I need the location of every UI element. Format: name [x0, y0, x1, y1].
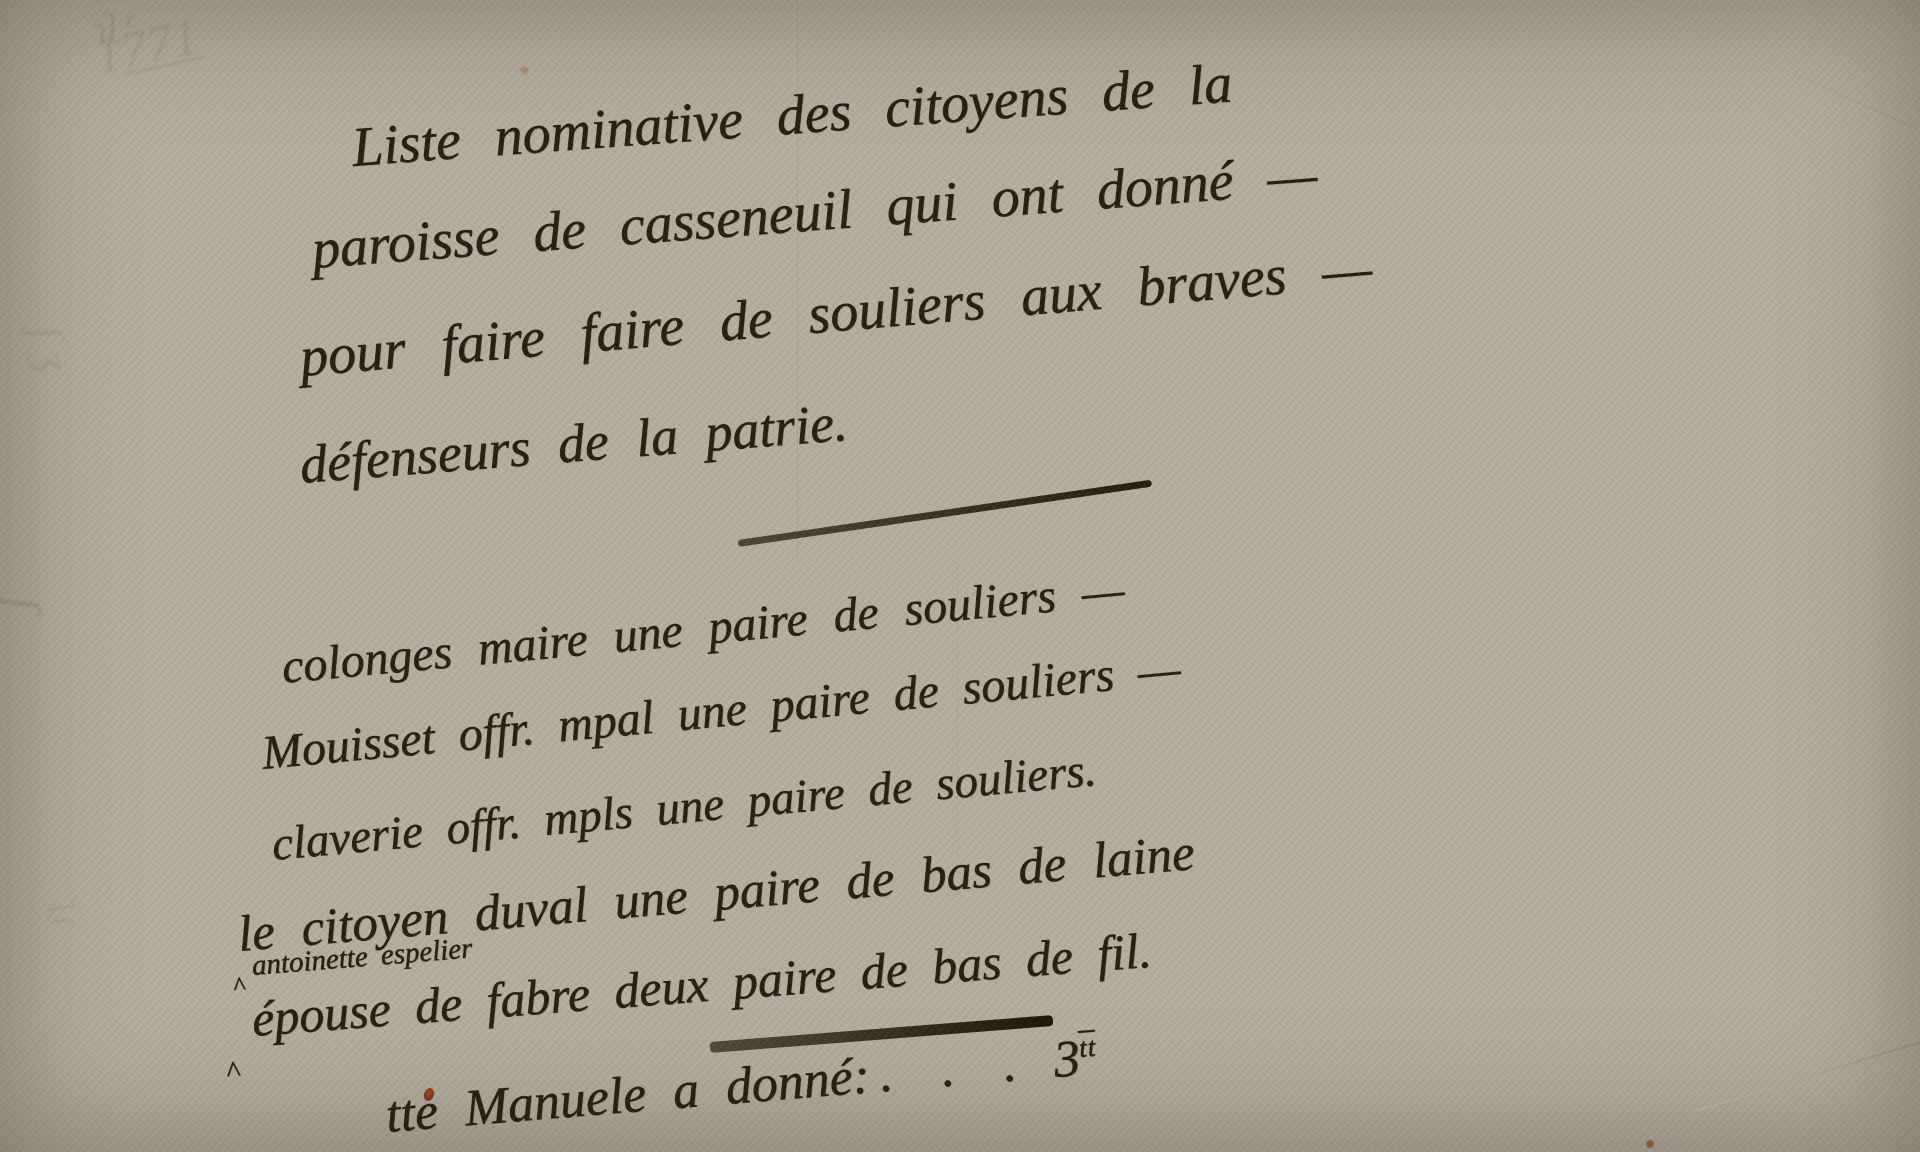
bleedthrough-mark: ɿʅ ͬ — [88, 0, 133, 56]
margin-caret: ^ — [225, 1055, 240, 1090]
paper-crease — [1614, 0, 1916, 129]
paper-crease — [1695, 1040, 1920, 1112]
livres-unit: tt — [1078, 1032, 1097, 1063]
bleedthrough-mark: 1͟7͟7͟1 — [90, 7, 204, 86]
rust-fleck — [520, 66, 529, 75]
bleedthrough-mark: ʅɾ — [38, 895, 91, 934]
divider-rule-1 — [737, 480, 1152, 547]
insertion-caret: ^ — [232, 971, 245, 1002]
manuscript-photo: ɿʅ ͬ 1͟7͟7͟1 ʃ ʒ ʃ ʅɾ Liste nominative d… — [0, 0, 1920, 1152]
bleedthrough-mark: ʃ — [0, 592, 54, 614]
bleedthrough-mark: ʃ ʒ — [20, 321, 81, 376]
bottom-line-dots: . . . — [867, 1034, 1029, 1104]
rust-fleck — [1646, 1140, 1654, 1148]
heading-line-4: défenseurs de la patrie. — [298, 391, 850, 496]
bottom-line-fragment: tte Manuele a donné: — [384, 1047, 872, 1144]
